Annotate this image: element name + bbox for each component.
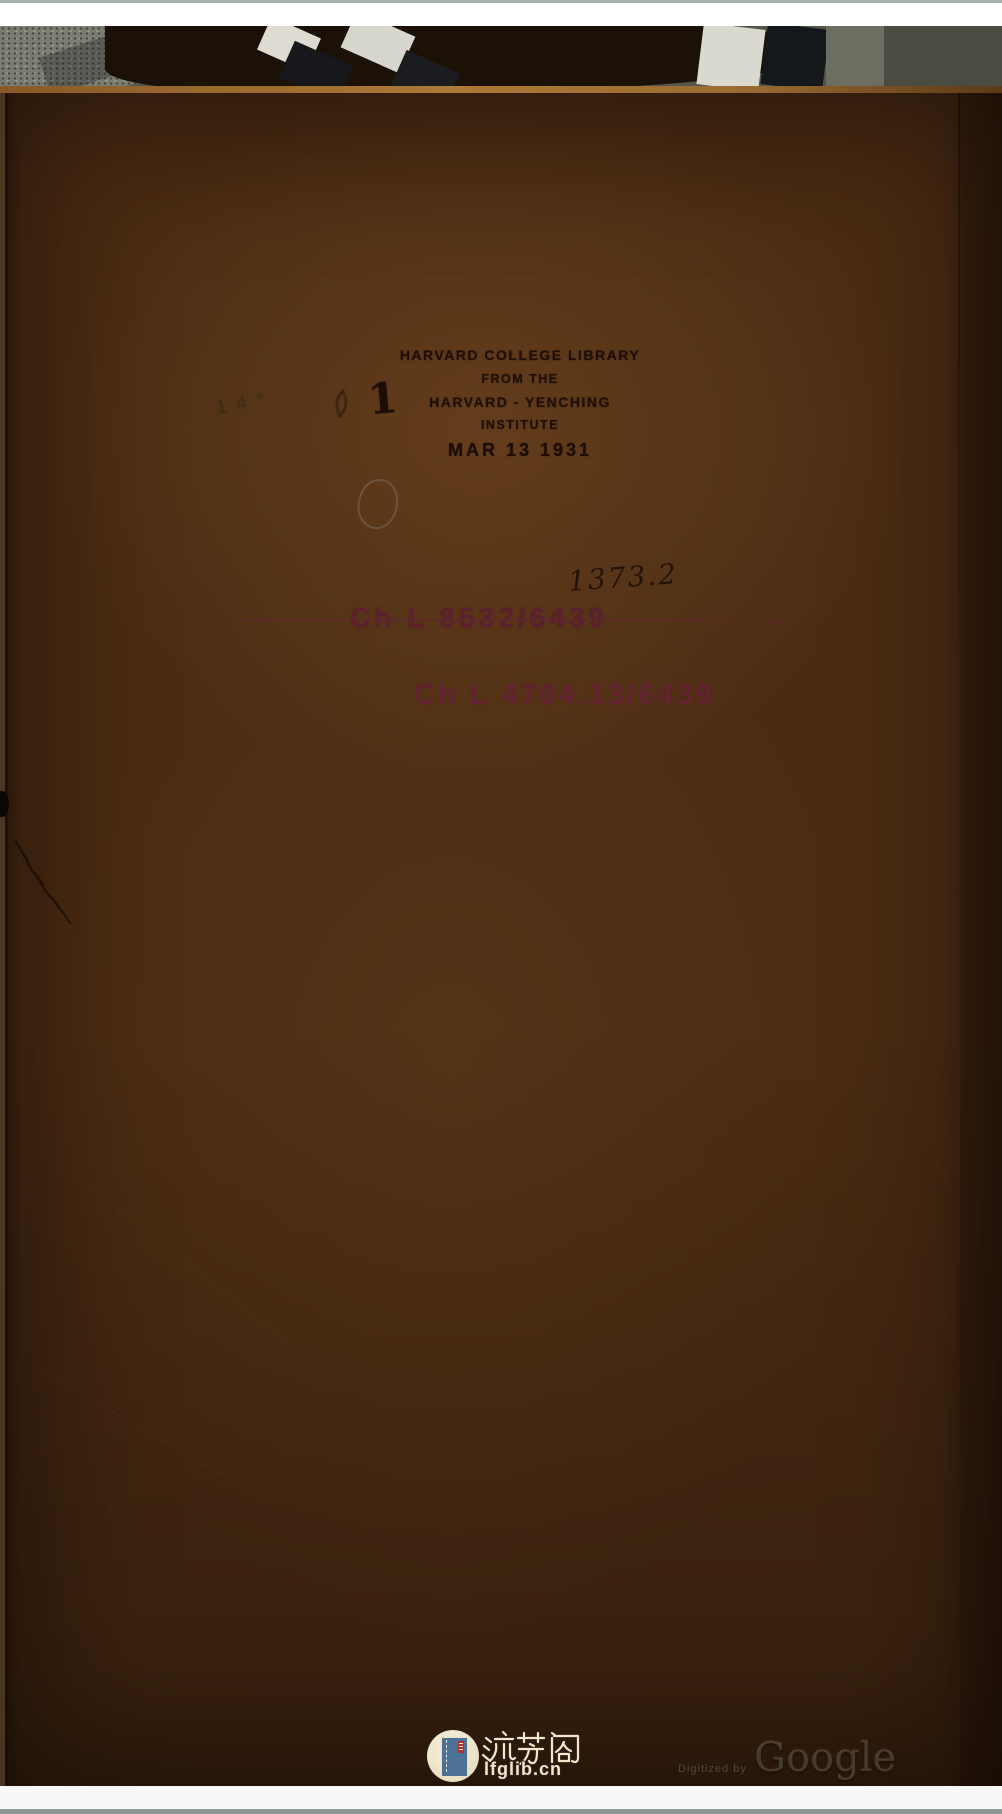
strikethrough-line [246,619,704,621]
scanner-bed-dark-segment [884,26,1002,88]
book-red-label-icon [458,1741,464,1753]
library-stamp-line: HARVARD - YENCHING [360,394,680,410]
strikethrough-dash [712,620,732,622]
current-call-number-stamp: Ch L 4704.13/6439 [414,679,714,712]
strikethrough-dash [744,621,756,623]
page-bottom-border [0,1809,1002,1814]
calibration-tile-white [696,26,765,88]
google-wordmark: Google [754,1735,896,1781]
handwritten-class-number: 1373.2 [567,557,679,598]
watermark-badge [427,1730,479,1782]
cover-fold-mark [74,1175,327,1373]
book-top-edge-highlight [0,86,1002,93]
calibration-tile-gray [826,26,886,88]
library-stamp-line: INSTITUTE [360,418,680,432]
book-stitching-icon [446,1740,447,1772]
old-call-number-stamp: Ch L 8532/6439 [350,602,608,634]
book-cover: HARVARD COLLEGE LIBRARY FROM THE HARVARD… [0,93,1002,1786]
pencil-oval-mark [353,475,404,533]
scratch-mark [12,837,84,937]
stamped-numeral: 1 [366,373,399,424]
strikethrough-dash [768,621,792,623]
digitized-by-label: Digitized by [678,1763,747,1775]
faint-pencil-scribble: 14° [215,388,277,420]
scanned-book-cover-page: HARVARD COLLEGE LIBRARY FROM THE HARVARD… [0,0,1002,1814]
cover-fold-mark [37,1368,263,1499]
faint-bracket-mark: () [332,385,345,420]
watermark-site-domain: lfglib.cn [484,1759,562,1780]
calibration-tile-black [760,26,829,88]
thread-bound-book-icon [441,1737,468,1777]
page-top-margin [0,3,1002,26]
library-stamp-line: FROM THE [360,372,680,386]
scanner-bed-band [0,26,1002,88]
cover-left-edge-shadow [5,93,8,1786]
library-date-stamp: MAR 13 1931 [360,440,680,461]
library-stamp-line: HARVARD COLLEGE LIBRARY [360,347,680,363]
cover-right-shading [960,93,1002,1786]
